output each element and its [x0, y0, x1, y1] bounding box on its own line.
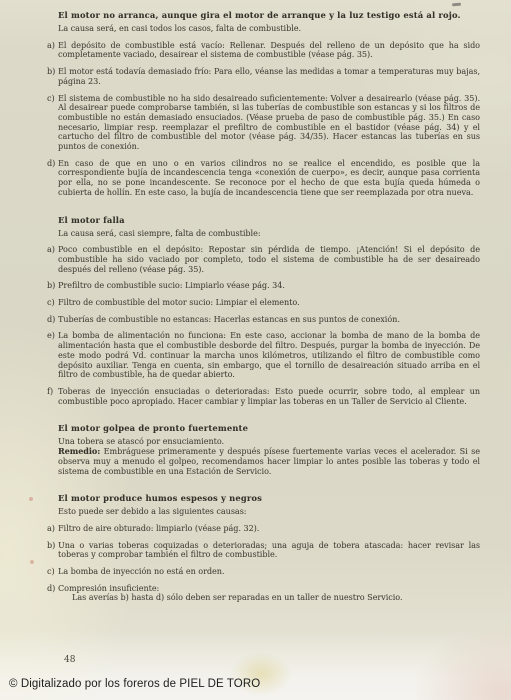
item-label: d) — [47, 315, 58, 325]
item-label: c) — [47, 567, 58, 577]
item-text: Una o varias toberas coquizadas o deteri… — [58, 541, 480, 560]
item-label: f) — [47, 387, 58, 406]
section-motor-falla: El motor falla La causa será, casi siemp… — [47, 215, 480, 407]
scan-tint — [416, 630, 511, 700]
item-text: El sistema de combustible no ha sido des… — [58, 94, 480, 152]
list-item: c) La bomba de inyección no está en orde… — [47, 567, 480, 577]
section-heading: El motor golpea de pronto fuertemente — [58, 423, 480, 433]
item-text: Prefiltro de combustible sucio: Limpiarl… — [58, 281, 480, 291]
item-label: d) — [47, 159, 58, 198]
item-label: a) — [47, 41, 58, 60]
list-item: b) Una o varias toberas coquizadas o det… — [47, 541, 480, 560]
list-item: a) El depósito de combustible está vacío… — [47, 41, 480, 60]
list-item: c) Filtro de combustible del motor sucio… — [47, 298, 480, 308]
item-text: Poco combustible en el depósito: Reposta… — [58, 245, 480, 274]
item-label: d) — [47, 584, 58, 603]
list-item: b) Prefiltro de combustible sucio: Limpi… — [47, 281, 480, 291]
list-item: b) El motor está todavía demasiado frío:… — [47, 67, 480, 86]
digitization-credit: © Digitalizado por los foreros de PIEL D… — [9, 678, 260, 690]
list-item: d) Compresión insuficiente: Las averías … — [47, 584, 480, 603]
item-text: Tuberías de combustible no estancas: Hac… — [58, 315, 480, 325]
item-text: El motor está todavía demasiado frío: Pa… — [58, 67, 480, 86]
scan-speck-icon — [29, 497, 33, 501]
item-text: La bomba de inyección no está en orden. — [58, 567, 480, 577]
section-intro: Una tobera se atascó por ensuciamiento. — [58, 437, 480, 447]
list-item: a) Poco combustible en el depósito: Repo… — [47, 245, 480, 274]
scan-speck-icon — [30, 560, 34, 564]
item-label: a) — [47, 245, 58, 274]
item-subtext: Las averías b) hasta d) sólo deben ser r… — [58, 593, 480, 603]
item-text: Compresión insuficiente: — [58, 584, 159, 593]
item-text-group: Compresión insuficiente: Las averías b) … — [58, 584, 480, 603]
item-label: b) — [47, 67, 58, 86]
remedy-label: Remedio: — [58, 446, 100, 456]
item-label: b) — [47, 541, 58, 560]
item-label: e) — [47, 331, 58, 380]
list-item: d) Tuberías de combustible no estancas: … — [47, 315, 480, 325]
section-heading: El motor produce humos espesos y negros — [58, 493, 480, 503]
item-text: Filtro de combustible del motor sucio: L… — [58, 298, 480, 308]
scan-mark-icon — [452, 3, 461, 6]
remedy-paragraph: Remedio: Embráguese primeramente y despu… — [58, 447, 480, 476]
section-heading: El motor falla — [58, 215, 480, 225]
item-text: Filtro de aire obturado: limpiarlo (véas… — [58, 524, 480, 534]
remedy-text: Embráguese primeramente y después písese… — [58, 447, 480, 475]
item-label: c) — [47, 94, 58, 152]
section-intro: La causa será, en casi todos los casos, … — [58, 24, 480, 34]
item-text: La bomba de alimentación no funciona: En… — [58, 331, 480, 380]
list-item: a) Filtro de aire obturado: limpiarlo (v… — [47, 524, 480, 534]
item-text: En caso de que en uno o en varios cilind… — [58, 159, 480, 198]
page-content: El motor no arranca, aunque gira el moto… — [47, 9, 480, 610]
list-item: d) En caso de que en uno o en varios cil… — [47, 159, 480, 198]
list-item: e) La bomba de alimentación no funciona:… — [47, 331, 480, 380]
list-item: f) Toberas de inyección ensuciadas o det… — [47, 387, 480, 406]
page-number: 48 — [64, 655, 75, 665]
section-motor-no-arranca: El motor no arranca, aunque gira el moto… — [47, 10, 480, 198]
item-label: b) — [47, 281, 58, 291]
list-item: c) El sistema de combustible no ha sido … — [47, 94, 480, 152]
scanned-page: El motor no arranca, aunque gira el moto… — [0, 0, 511, 700]
section-humos-negros: El motor produce humos espesos y negros … — [47, 493, 480, 603]
item-label: c) — [47, 298, 58, 308]
section-intro: La causa será, casi siempre, falta de co… — [58, 229, 480, 239]
item-text: El depósito de combustible está vacío: R… — [58, 41, 480, 60]
item-text: Toberas de inyección ensuciadas o deteri… — [58, 387, 480, 406]
item-label: a) — [47, 524, 58, 534]
section-motor-golpea: El motor golpea de pronto fuertemente Un… — [47, 423, 480, 476]
section-intro: Esto puede ser debido a las siguientes c… — [58, 507, 480, 517]
section-heading: El motor no arranca, aunque gira el moto… — [58, 10, 480, 20]
